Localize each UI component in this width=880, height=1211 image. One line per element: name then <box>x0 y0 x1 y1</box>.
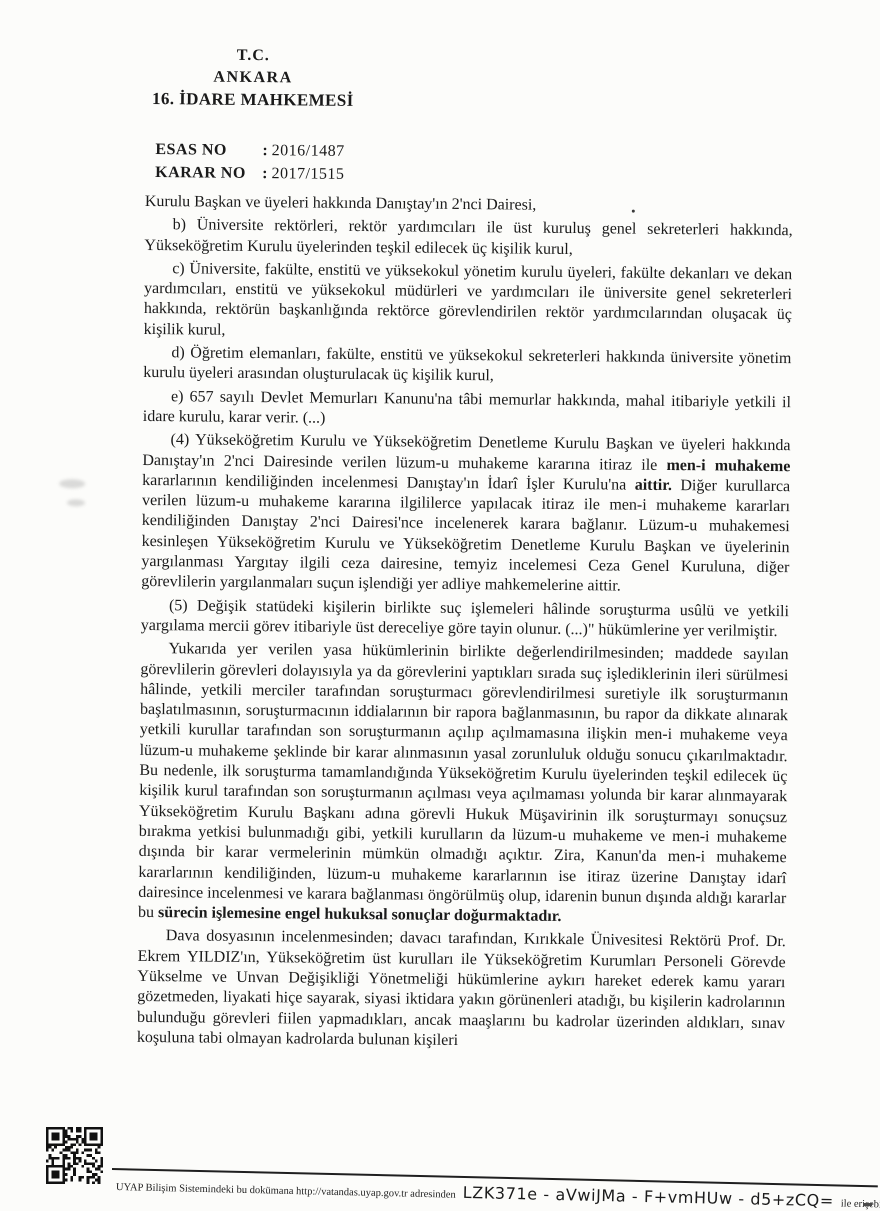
footer-access-suffix: ile erişebilirsiniz. <box>841 1198 880 1211</box>
case-number-row: KARAR NO: 2017/1515 <box>155 161 344 186</box>
paragraph: (4) Yükseköğretim Kurulu ve Yükseköğreti… <box>141 430 791 599</box>
paragraph: c) Üniversite, fakülte, enstitü ve yükse… <box>144 259 793 346</box>
case-number-block: ESAS NO: 2016/1487KARAR NO: 2017/1515 <box>155 138 345 186</box>
paragraph: d) Öğretim elemanları, fakülte, enstitü … <box>143 343 791 390</box>
scan-artifact-smudge <box>59 479 85 488</box>
paragraph: Kurulu Başkan ve üyeleri hakkında Danışt… <box>145 192 793 219</box>
court-city: ANKARA <box>119 66 387 91</box>
paragraph: Yukarıda yer verilen yasa hükümlerinin b… <box>138 639 789 929</box>
court-name: 16. İDARE MAHKEMESİ <box>119 88 387 113</box>
case-number-row: ESAS NO: 2016/1487 <box>155 138 344 163</box>
paragraph: Dava dosyasının incelenmesinden; davacı … <box>137 926 786 1054</box>
scan-artifact-smudge <box>67 499 85 506</box>
republic-title: T.C. <box>119 44 387 69</box>
qr-code-icon <box>46 1127 103 1184</box>
scan-artifact-dot <box>632 210 635 213</box>
court-header: T.C. ANKARA 16. İDARE MAHKEMESİ <box>119 44 388 113</box>
scan-artifact-dash <box>863 1203 872 1206</box>
scan-content: T.C. ANKARA 16. İDARE MAHKEMESİ ESAS NO:… <box>0 0 880 1211</box>
document-body: Kurulu Başkan ve üyeleri hakkında Danışt… <box>137 192 793 1057</box>
paragraph: e) 657 sayılı Devlet Memurları Kanunu'na… <box>143 387 791 434</box>
scanned-document-page: T.C. ANKARA 16. İDARE MAHKEMESİ ESAS NO:… <box>0 0 880 1211</box>
paragraph: (5) Değişik statüdeki kişilerin birlikte… <box>141 596 789 643</box>
paragraph: b) Üniversite rektörleri, rektör yardımc… <box>144 215 792 262</box>
